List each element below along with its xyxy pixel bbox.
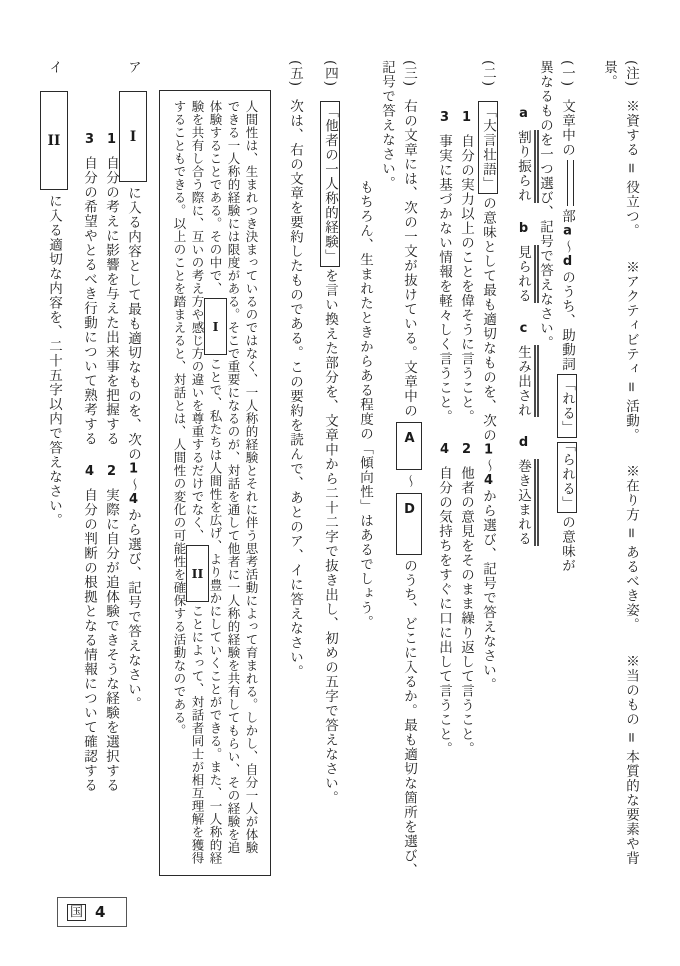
choice-3: 3事実に基づかない情報を軽々しく言うこと。 [436,110,452,424]
choice-label: 2 [459,442,474,458]
choice-2: 2実際に自分が追体験できそうな経験を選択する [103,464,119,793]
question-1-section: (一)文章中の部a〜dのうち、助動詞「れる」「られる」の意味が異なるものを一つ選… [512,60,582,584]
question-text: から選び、記号で答えなさい。 [480,489,496,692]
exam-page: (注)※資する = 役立つ。※アクティビティ = 活動。※在り方 = あるべき姿… [0,0,680,966]
choice-c: c生み出され [515,321,531,418]
choice-text: 事実に基づかない情報を軽々しく言うこと。 [436,134,452,424]
choice-label: 2 [104,464,119,480]
choice-text: 自分の考えに影響を与えた出来事を把握する [103,156,119,446]
notes-label: (注) [623,60,639,87]
question-3-text: (三)右の文章には、次の一文が抜けている。文章中のA〜Dのうち、どこに入るか。最… [376,60,420,884]
choice-2: 2他者の意見をそのまま繰り返して言うこと。 [458,442,474,756]
question-text: 次は、右の文章を要約したものである。この要約を読んで、あとのア、イに答えなさい。 [287,99,303,679]
choice-text: 生み出され [515,345,539,418]
boxed-word-reru: 「れる」 [557,374,577,438]
summary-box: 人間性は、生まれつき決まっているのではなく、一人称的経験とそれに伴う思考活動によ… [159,90,271,876]
range-tilde: 〜 [480,459,496,474]
choice-4: 4自分の判断の根拠となる情報について確認する [81,464,97,793]
range-tilde: 〜 [559,240,575,255]
answer-slot-a: A [396,422,422,470]
question-4-label: (四) [322,60,338,87]
choice-text: 自分の実力以上のことを偉そうに言うこと。 [458,134,474,424]
question-text: に入る適切な内容を、二十五字以内で答えなさい。 [46,194,62,528]
answer-slot-d: D [396,493,422,555]
slot-letter: A [402,431,417,447]
page-number: 4 [95,903,105,921]
range-digit-4: 4 [481,473,496,489]
choice-a: a割り振られ [515,106,531,203]
note-item: ※在り方 = あるべき姿。 [623,464,639,632]
question-text: の意味として最も適切なものを、次の [480,196,496,443]
notes-column: (注)※資する = 役立つ。※アクティビティ = 活動。※在り方 = あるべき姿… [598,60,642,892]
range-tilde: 〜 [401,474,417,489]
choice-label: 1 [104,132,119,148]
blank-numeral: II [46,134,62,148]
blank-slot-2: II [40,91,68,191]
question-text: 右の文章には、次の一文が抜けている。文章中の [401,99,417,418]
choice-text: 実際に自分が追体験できそうな経験を選択する [103,488,119,793]
content-area: (注)※資する = 役立つ。※アクティビティ = 活動。※在り方 = あるべき姿… [42,60,642,894]
notes-section: (注)※資する = 役立つ。※アクティビティ = 活動。※在り方 = あるべき姿… [598,60,642,892]
choice-label: d [516,435,531,451]
question-2-choices-col2: 3事実に基づかない情報を軽々しく言うこと。4自分の気持ちをすぐに口に出して言うこ… [433,60,455,780]
choice-label: 4 [437,442,452,458]
sub-question-b-text: イIIに入る適切な内容を、二十五字以内で答えなさい。 [43,60,65,892]
question-5-text: (五)次は、右の文章を要約したものである。この要約を読んで、あとのア、イに答えな… [284,60,306,892]
choice-text: 他者の意見をそのまま繰り返して言うこと。 [458,466,474,756]
question-1-text: (一)文章中の部a〜dのうち、助動詞「れる」「られる」の意味が異なるものを一つ選… [534,60,582,584]
slot-letter: D [402,502,417,518]
sub-question-a-label: ア [125,60,141,75]
choice-label: c [516,321,531,337]
question-2-text: (二)「大言壮語」の意味として最も適切なものを、次の1〜4から選び、記号で答えな… [477,60,499,780]
summary-blank-1: I [204,298,227,355]
choice-4: 4自分の気持ちをすぐに口に出して言うこと。 [436,442,452,756]
choice-text: 見られる [515,245,539,303]
choice-label: 3 [437,110,452,126]
question-1-choices: a割り振られb見られるc生み出されd巻き込まれる [512,60,534,584]
note-item: ※資する = 役立つ。 [623,99,639,238]
summary-blank-2: II [186,545,209,602]
note-item: ※アクティビティ = 活動。 [623,260,639,442]
question-text: 部 [559,209,575,224]
sub-question-a-section: アIに入る内容として最も適切なものを、次の1〜4から選び、記号で答えなさい。 1… [78,60,144,808]
subject-label: 国 [67,904,86,921]
choice-3: 3自分の希望やとるべき行動について熟考する [81,132,97,446]
question-3-label: (三) [401,60,417,87]
choice-b: b見られる [515,221,531,303]
question-5-label: (五) [287,60,303,87]
choice-d: d巻き込まれる [515,435,531,546]
range-digit-1: 1 [126,462,141,478]
choice-label: a [516,106,531,122]
choice-text: 巻き込まれる [515,459,539,546]
choice-text: 自分の判断の根拠となる情報について確認する [81,488,97,793]
boxed-word-taigensougo: 「大言壮語」 [478,101,498,194]
double-underline-mark-icon [567,160,574,206]
choice-label: 1 [459,110,474,126]
blank-numeral: I [208,320,223,333]
page-footer: 国 4 [57,897,127,927]
sub-question-b-section: イIIに入る適切な内容を、二十五字以内で答えなさい。 [43,60,65,892]
question-text: に入る内容として最も適切なものを、次の [125,186,141,462]
question-text: のうち、助動詞 [559,270,575,372]
question-2-section: (二)「大言壮語」の意味として最も適切なものを、次の1〜4から選び、記号で答えな… [433,60,499,780]
sub-question-b-label: イ [46,60,62,75]
question-5-section: (五)次は、右の文章を要約したものである。この要約を読んで、あとのア、イに答えな… [284,60,306,892]
missing-sentence: もちろん、生まれたときからある程度の「傾向性」はあるでしょう。 [354,60,376,884]
blank-slot-1: I [119,91,147,183]
choice-label: 3 [82,132,97,148]
boxed-word-rareru: 「られる」 [557,442,577,514]
question-2-label: (二) [480,60,496,87]
quote-text: もちろん、生まれたときからある程度の「傾向性」はあるでしょう。 [357,180,373,630]
range-letter-d: d [560,254,575,270]
question-4-text: (四)「他者の一人称的経験」を言い換えた部分を、文章中から二十二字で抜き出し、初… [319,60,341,892]
question-text: を言い換えた部分を、文章中から二十二字で抜き出し、初めの五字で答えなさい。 [322,269,338,806]
choice-label: 4 [82,464,97,480]
question-text: から選び、記号で答えなさい。 [125,508,141,711]
question-4-section: (四)「他者の一人称的経験」を言い換えた部分を、文章中から二十二字で抜き出し、初… [319,60,341,892]
boxed-phrase: 「他者の一人称的経験」 [320,101,340,267]
question-3-section: (三)右の文章には、次の一文が抜けている。文章中のA〜Dのうち、どこに入るか。最… [354,60,420,884]
choice-1: 1自分の考えに影響を与えた出来事を把握する [103,132,119,446]
question-text: 文章中の [559,99,575,157]
sub-question-a-choices-col2: 3自分の希望やとるべき行動について熟考する4自分の判断の根拠となる情報について確… [78,60,100,808]
choice-text: 自分の気持ちをすぐに口に出して言うこと。 [436,466,452,756]
choice-label: b [516,221,531,237]
blank-numeral: I [125,130,141,144]
summary-text: 人間性は、生まれつき決まっているのではなく、一人称的経験とそれに伴う思考活動によ… [170,100,260,866]
range-digit-4: 4 [126,492,141,508]
choice-text: 自分の希望やとるべき行動について熟考する [81,156,97,446]
blank-numeral: II [190,567,205,580]
question-1-label: (一) [559,60,575,87]
sub-question-a-text: アIに入る内容として最も適切なものを、次の1〜4から選び、記号で答えなさい。 [122,60,144,808]
range-letter-a: a [560,224,575,240]
range-digit-1: 1 [481,443,496,459]
question-2-choices-col1: 1自分の実力以上のことを偉そうに言うこと。2他者の意見をそのまま繰り返して言うこ… [455,60,477,780]
sub-question-a-choices-col1: 1自分の考えに影響を与えた出来事を把握する2実際に自分が追体験できそうな経験を選… [100,60,122,808]
choice-1: 1自分の実力以上のことを偉そうに言うこと。 [458,110,474,424]
choice-text: 割り振られ [515,130,539,203]
range-tilde: 〜 [125,478,141,493]
